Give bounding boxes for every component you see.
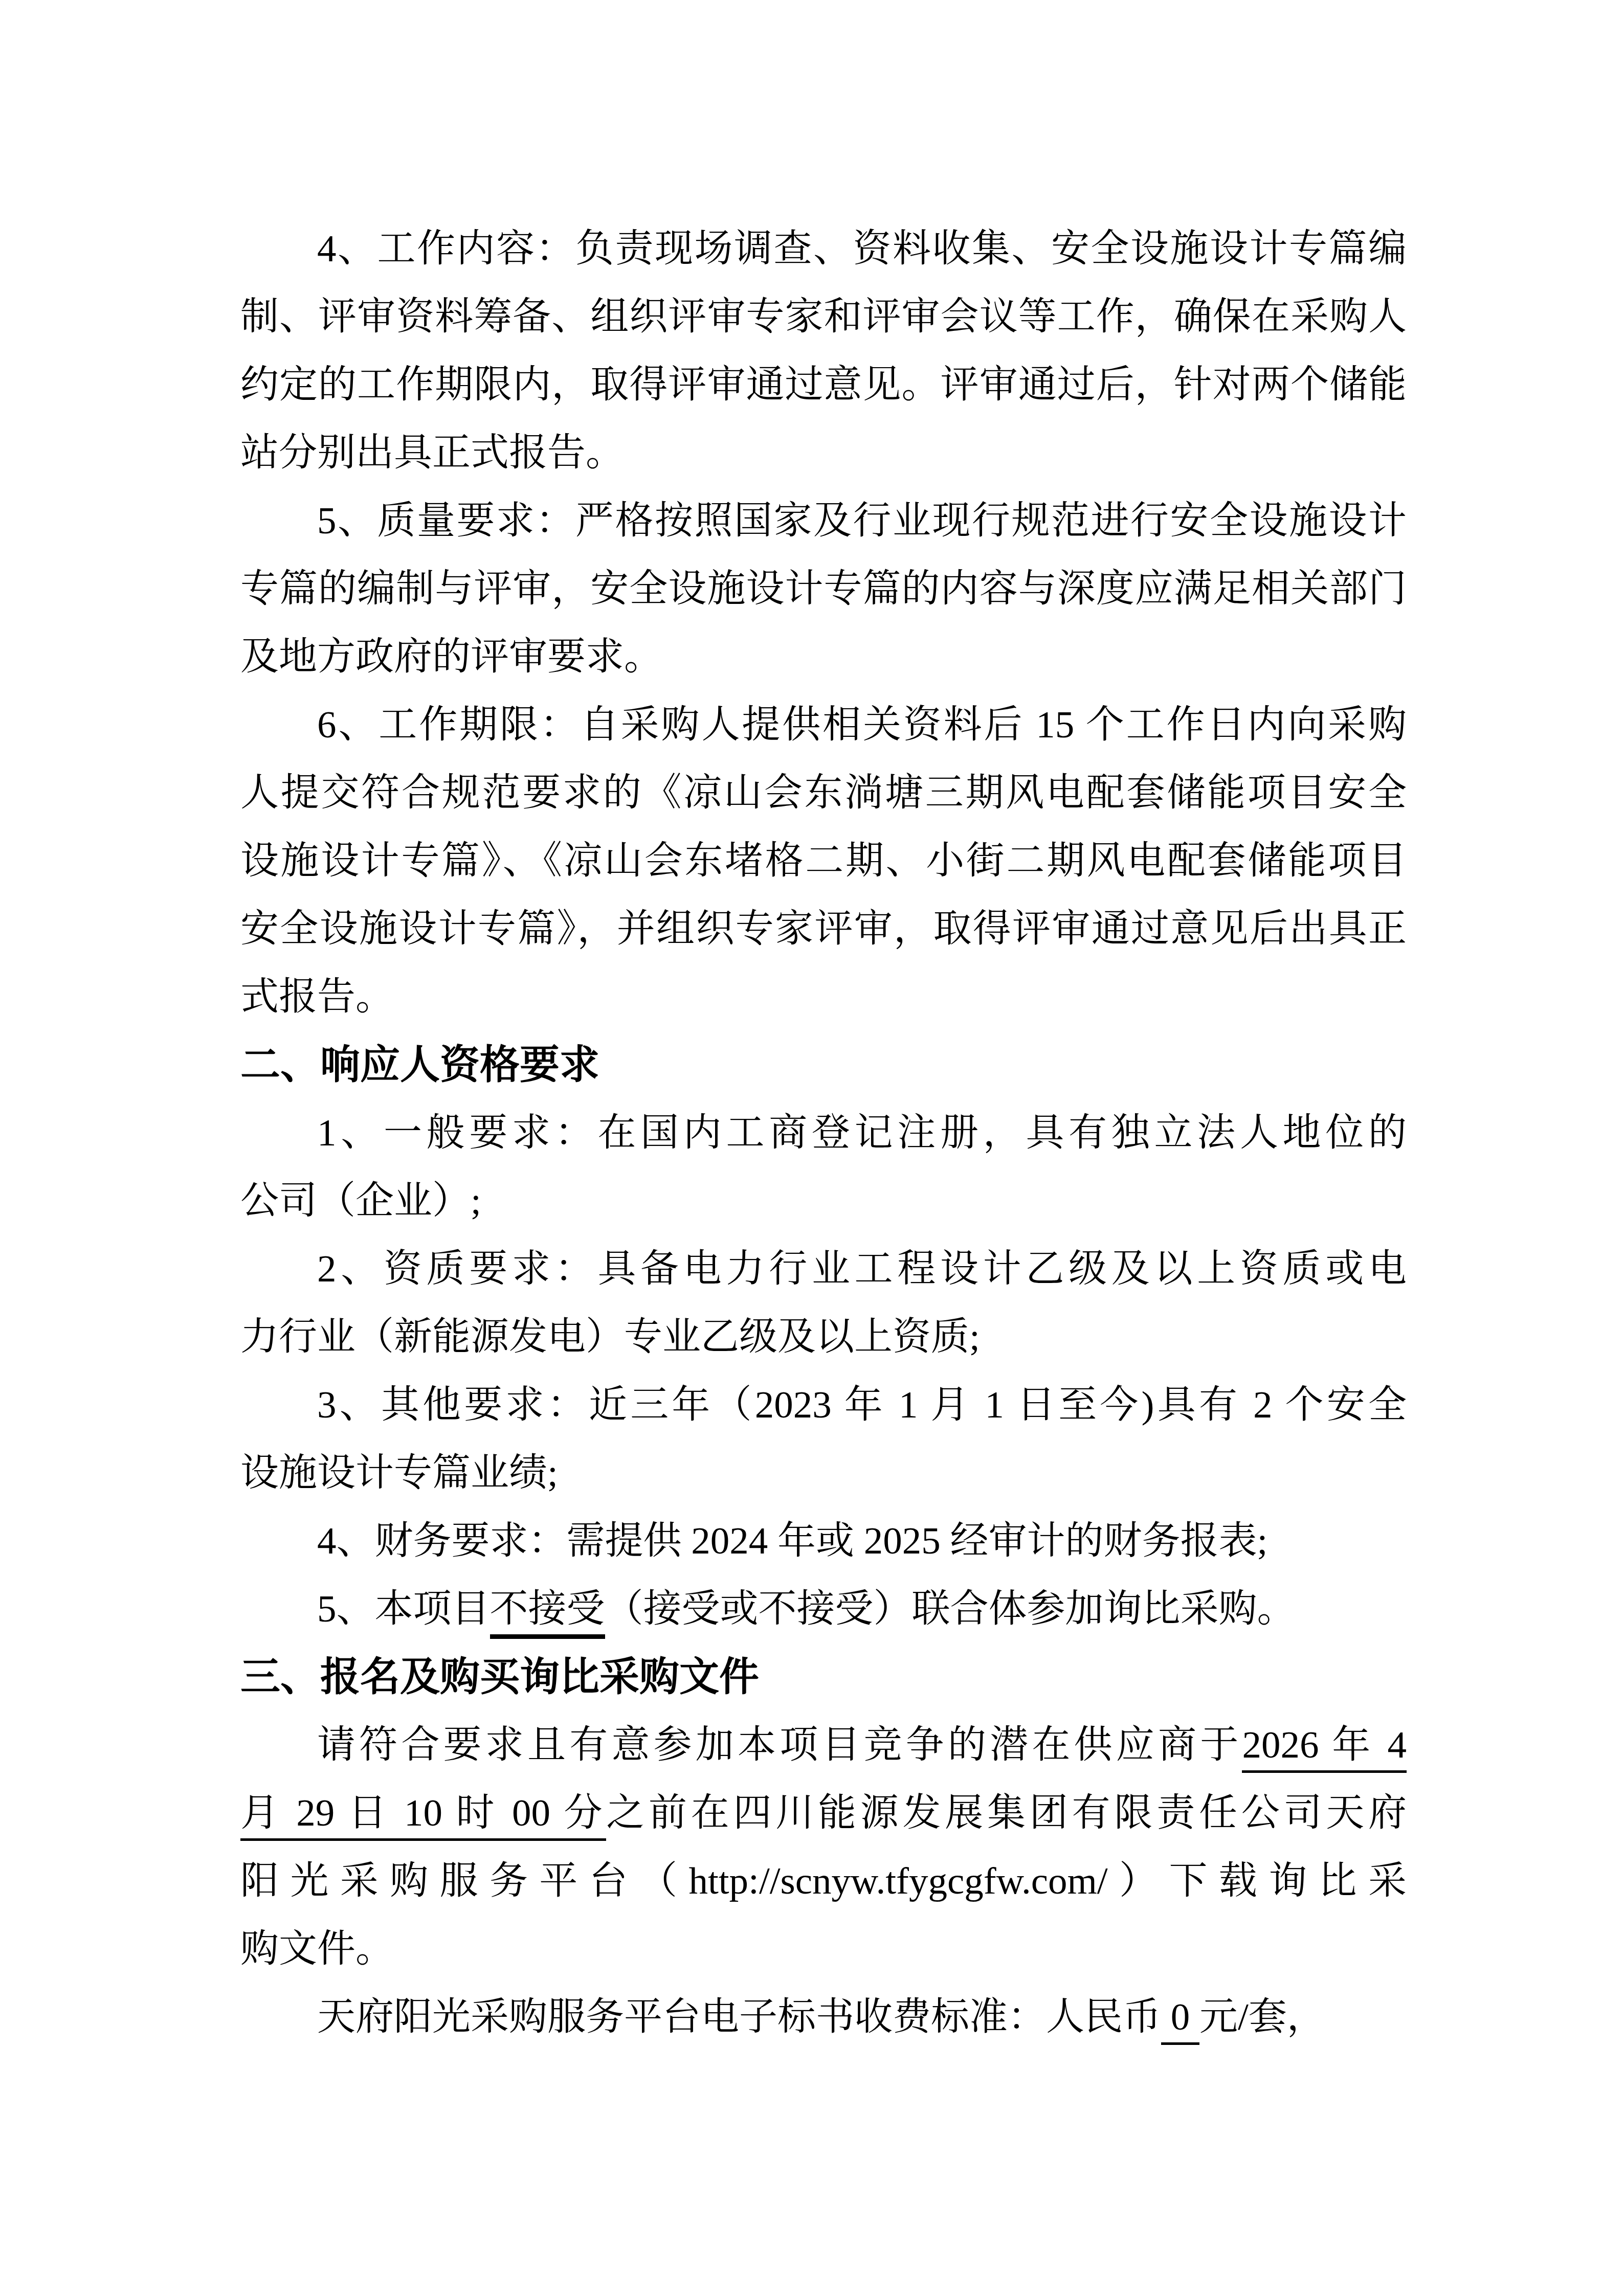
text-run: 4、工作内容：负责现场调查、资料收集、安全设施设计专篇编 bbox=[317, 228, 1407, 270]
text-run: 购文件。 bbox=[240, 1928, 394, 1970]
text-run: 设施设计专篇业绩; bbox=[240, 1452, 558, 1494]
text-line: 5、质量要求：严格按照国家及行业现行规范进行安全设施设计 bbox=[240, 487, 1407, 555]
text-line: 1、一般要求：在国内工商登记注册，具有独立法人地位的 bbox=[240, 1099, 1407, 1167]
underlined-text: 月 29 日 10 时 00 分 bbox=[240, 1792, 606, 1841]
text-line: 5、本项目不接受（接受或不接受）联合体参加询比采购。 bbox=[240, 1575, 1407, 1643]
text-run: 设施设计专篇》、《凉山会东堵格二期、小街二期风电配套储能项目 bbox=[240, 840, 1407, 882]
text-line: 人提交符合规范要求的《凉山会东淌塘三期风电配套储能项目安全 bbox=[240, 759, 1407, 827]
text-run: 1、一般要求：在国内工商登记注册，具有独立法人地位的 bbox=[317, 1112, 1407, 1154]
text-run: 及地方政府的评审要求。 bbox=[240, 636, 662, 678]
text-line: 式报告。 bbox=[240, 963, 1407, 1031]
text-run: 6、工作期限：自采购人提供相关资料后 15 个工作日内向采购 bbox=[317, 704, 1407, 746]
text-run: 阳光采购服务平台（http://scnyw.tfygcgfw.com/）下载询比… bbox=[240, 1860, 1407, 1902]
text-run: 站分别出具正式报告。 bbox=[240, 432, 624, 474]
text-run: 之前在四川能源发展集团有限责任公司天府 bbox=[606, 1792, 1407, 1834]
text-line: 约定的工作期限内，取得评审通过意见。评审通过后，针对两个储能 bbox=[240, 351, 1407, 419]
text-run: 约定的工作期限内，取得评审通过意见。评审通过后，针对两个储能 bbox=[240, 364, 1407, 406]
text-line: 及地方政府的评审要求。 bbox=[240, 623, 1407, 691]
underlined-text: 0 bbox=[1161, 1996, 1199, 2045]
text-run: 专篇的编制与评审，安全设施设计专篇的内容与深度应满足相关部门 bbox=[240, 568, 1407, 610]
text-run: 请符合要求且有意参加本项目竞争的潜在供应商于 bbox=[317, 1724, 1242, 1766]
underlined-text: 2026 年 4 bbox=[1242, 1724, 1407, 1773]
text-line: 站分别出具正式报告。 bbox=[240, 419, 1407, 487]
text-run: 4、财务要求：需提供 2024 年或 2025 经审计的财务报表; bbox=[317, 1520, 1267, 1562]
text-run: 元/套， bbox=[1199, 1996, 1325, 2038]
text-run: 5、本项目 bbox=[317, 1588, 490, 1630]
text-line: 制、评审资料筹备、组织评审专家和评审会议等工作，确保在采购人 bbox=[240, 283, 1407, 351]
text-run: 二、响应人资格要求 bbox=[240, 1042, 599, 1087]
text-line: 4、财务要求：需提供 2024 年或 2025 经审计的财务报表; bbox=[240, 1507, 1407, 1575]
text-line: 天府阳光采购服务平台电子标书收费标准：人民币 0 元/套， bbox=[240, 1983, 1407, 2051]
text-run: 2、资质要求：具备电力行业工程设计乙级及以上资质或电 bbox=[317, 1248, 1407, 1290]
text-line: 6、工作期限：自采购人提供相关资料后 15 个工作日内向采购 bbox=[240, 691, 1407, 759]
text-line: 月 29 日 10 时 00 分之前在四川能源发展集团有限责任公司天府 bbox=[240, 1779, 1407, 1847]
text-run: 公司（企业）; bbox=[240, 1180, 481, 1222]
text-line: 3、其他要求：近三年（2023 年 1 月 1 日至今)具有 2 个安全 bbox=[240, 1371, 1407, 1439]
underlined-text: 不接受 bbox=[490, 1588, 605, 1639]
text-line: 购文件。 bbox=[240, 1915, 1407, 1983]
text-line: 设施设计专篇》、《凉山会东堵格二期、小街二期风电配套储能项目 bbox=[240, 827, 1407, 895]
text-line: 2、资质要求：具备电力行业工程设计乙级及以上资质或电 bbox=[240, 1235, 1407, 1303]
text-line: 公司（企业）; bbox=[240, 1167, 1407, 1235]
text-line: 力行业（新能源发电）专业乙级及以上资质; bbox=[240, 1303, 1407, 1371]
text-line: 请符合要求且有意参加本项目竞争的潜在供应商于2026 年 4 bbox=[240, 1711, 1407, 1779]
text-run: 5、质量要求：严格按照国家及行业现行规范进行安全设施设计 bbox=[317, 500, 1407, 542]
text-run: 力行业（新能源发电）专业乙级及以上资质; bbox=[240, 1316, 980, 1358]
section-heading: 二、响应人资格要求 bbox=[240, 1031, 1407, 1099]
text-line: 4、工作内容：负责现场调查、资料收集、安全设施设计专篇编 bbox=[240, 215, 1407, 283]
text-line: 专篇的编制与评审，安全设施设计专篇的内容与深度应满足相关部门 bbox=[240, 555, 1407, 623]
text-line: 设施设计专篇业绩; bbox=[240, 1439, 1407, 1507]
text-run: （接受或不接受）联合体参加询比采购。 bbox=[605, 1588, 1296, 1630]
text-run: 三、报名及购买询比采购文件 bbox=[240, 1654, 759, 1699]
text-run: 天府阳光采购服务平台电子标书收费标准：人民币 bbox=[317, 1996, 1161, 2038]
text-run: 安全设施设计专篇》，并组织专家评审，取得评审通过意见后出具正 bbox=[240, 908, 1407, 950]
text-run: 制、评审资料筹备、组织评审专家和评审会议等工作，确保在采购人 bbox=[240, 296, 1407, 338]
text-block: 4、工作内容：负责现场调查、资料收集、安全设施设计专篇编制、评审资料筹备、组织评… bbox=[240, 215, 1407, 2051]
document-page: 4、工作内容：负责现场调查、资料收集、安全设施设计专篇编制、评审资料筹备、组织评… bbox=[0, 0, 1624, 2296]
text-run: 3、其他要求：近三年（2023 年 1 月 1 日至今)具有 2 个安全 bbox=[317, 1384, 1407, 1426]
section-heading: 三、报名及购买询比采购文件 bbox=[240, 1643, 1407, 1711]
text-run: 式报告。 bbox=[240, 976, 394, 1018]
text-line: 阳光采购服务平台（http://scnyw.tfygcgfw.com/）下载询比… bbox=[240, 1847, 1407, 1915]
text-run: 人提交符合规范要求的《凉山会东淌塘三期风电配套储能项目安全 bbox=[240, 772, 1407, 814]
text-line: 安全设施设计专篇》，并组织专家评审，取得评审通过意见后出具正 bbox=[240, 895, 1407, 963]
